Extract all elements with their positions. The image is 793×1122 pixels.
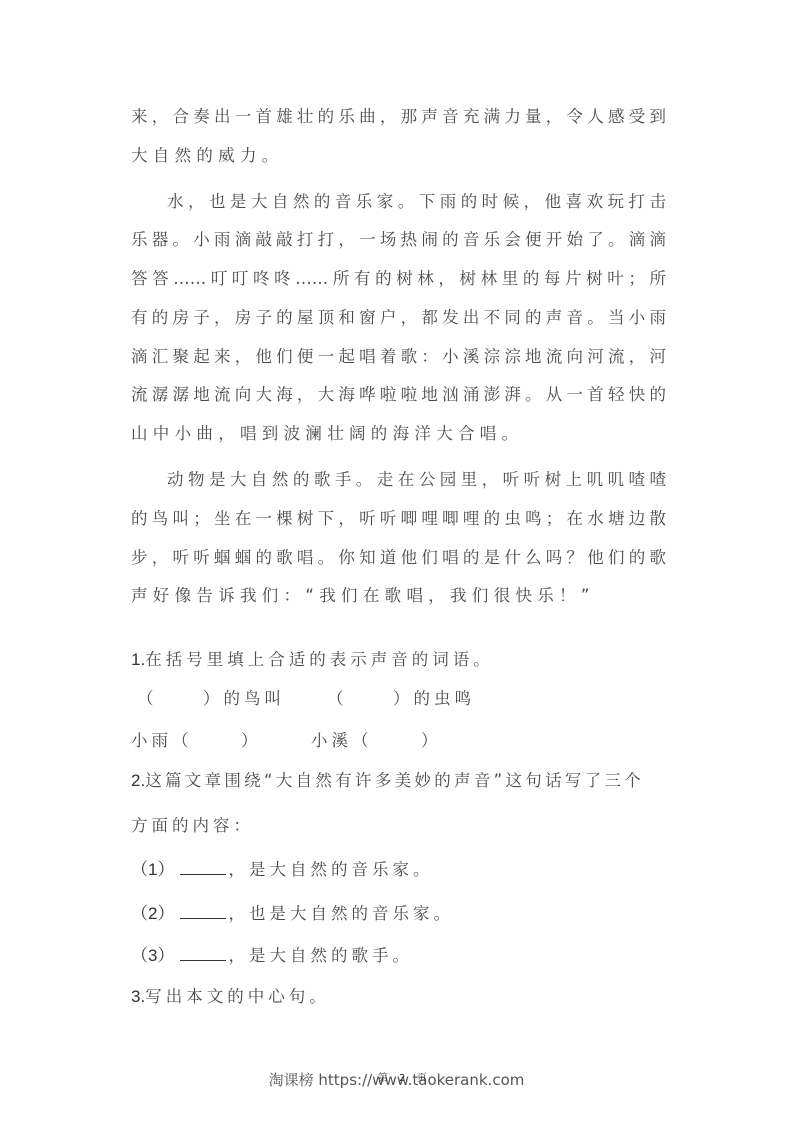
item-text: ，是大自然的歌手。 [228, 946, 413, 965]
answer-blank[interactable] [180, 860, 226, 875]
question-2: 2.这篇文章围绕“大自然有许多美妙的声音”这句话写了三个 [131, 770, 666, 792]
question-text: 在括号里填上合适的表示声音的词语。 [145, 650, 494, 669]
bird-call-label: ）的鸟叫 [203, 688, 285, 710]
item-text: ，是大自然的音乐家。 [228, 860, 433, 879]
question-text: 这篇文章围绕“大自然有许多美妙的声音”这句话写了三个 [145, 771, 644, 790]
answer-blank[interactable] [180, 946, 226, 961]
insect-sound-label: ）的虫鸣 [393, 688, 475, 710]
passage-line: 山中小曲，唱到波澜壮阔的海洋大合唱。 [131, 423, 666, 445]
answer-blank[interactable] [180, 904, 226, 919]
passage-line: 步，听听蝈蝈的歌唱。你知道他们唱的是什么吗？他们的歌 [131, 547, 666, 569]
item-label: （2） [131, 904, 174, 923]
item-text: ，也是大自然的音乐家。 [228, 904, 454, 923]
passage-line: 的鸟叫；坐在一棵树下，听听唧哩唧哩的虫鸣；在水塘边散 [131, 508, 666, 530]
answer-blank-close[interactable]: ） [241, 730, 262, 752]
answer-blank-open[interactable]: （ [327, 688, 348, 710]
passage-line: 来，合奏出一首雄壮的乐曲，那声音充满力量，令人感受到 [131, 106, 666, 128]
passage-line: 声好像告诉我们：“我们在歌唱，我们很快乐！” [131, 585, 666, 607]
question-number: 3. [131, 987, 145, 1006]
passage-line: 有的房子，房子的屋顶和窗户，都发出不同的声音。当小雨 [131, 307, 666, 329]
passage-line: 乐器。小雨滴敲敲打打，一场热闹的音乐会便开始了。滴滴 [131, 229, 666, 251]
paragraph-animals-line: 动物是大自然的歌手。走在公园里，听听树上叽叽喳喳 [167, 469, 666, 491]
question-1: 1.在括号里填上合适的表示声音的词语。 [131, 649, 666, 671]
question-3: 3.写出本文的中心句。 [131, 986, 666, 1008]
question-2-item-1: （1），是大自然的音乐家。 [131, 859, 666, 881]
item-label: （3） [131, 946, 174, 965]
question-number: 1. [131, 650, 145, 669]
paragraph-water-line: 水，也是大自然的音乐家。下雨的时候，他喜欢玩打击 [167, 191, 666, 213]
question-text: 写出本文的中心句。 [145, 987, 330, 1006]
page-number: 第 2 页 [378, 1069, 431, 1084]
question-number: 2. [131, 771, 145, 790]
question-2-item-2: （2），也是大自然的音乐家。 [131, 903, 666, 925]
question-2-item-3: （3），是大自然的歌手。 [131, 945, 666, 967]
item-label: （1） [131, 860, 174, 879]
passage-line: 流潺潺地流向大海，大海哗啦啦地汹涌澎湃。从一首轻快的 [131, 384, 666, 406]
document-page: 来，合奏出一首雄壮的乐曲，那声音充满力量，令人感受到 大自然的威力。 水，也是大… [0, 0, 793, 1122]
rain-label: 小雨（ [131, 730, 193, 752]
stream-label: 小溪（ [311, 730, 373, 752]
answer-blank-close[interactable]: ） [421, 730, 442, 752]
passage-line: 答答……叮叮咚咚……所有的树林，树林里的每片树叶；所 [131, 268, 666, 290]
passage-line: 大自然的威力。 [131, 145, 666, 167]
answer-blank-open[interactable]: （ [137, 688, 158, 710]
question-2-line-2: 方面的内容： [131, 815, 666, 837]
passage-line: 滴汇聚起来，他们便一起唱着歌：小溪淙淙地流向河流，河 [131, 346, 666, 368]
